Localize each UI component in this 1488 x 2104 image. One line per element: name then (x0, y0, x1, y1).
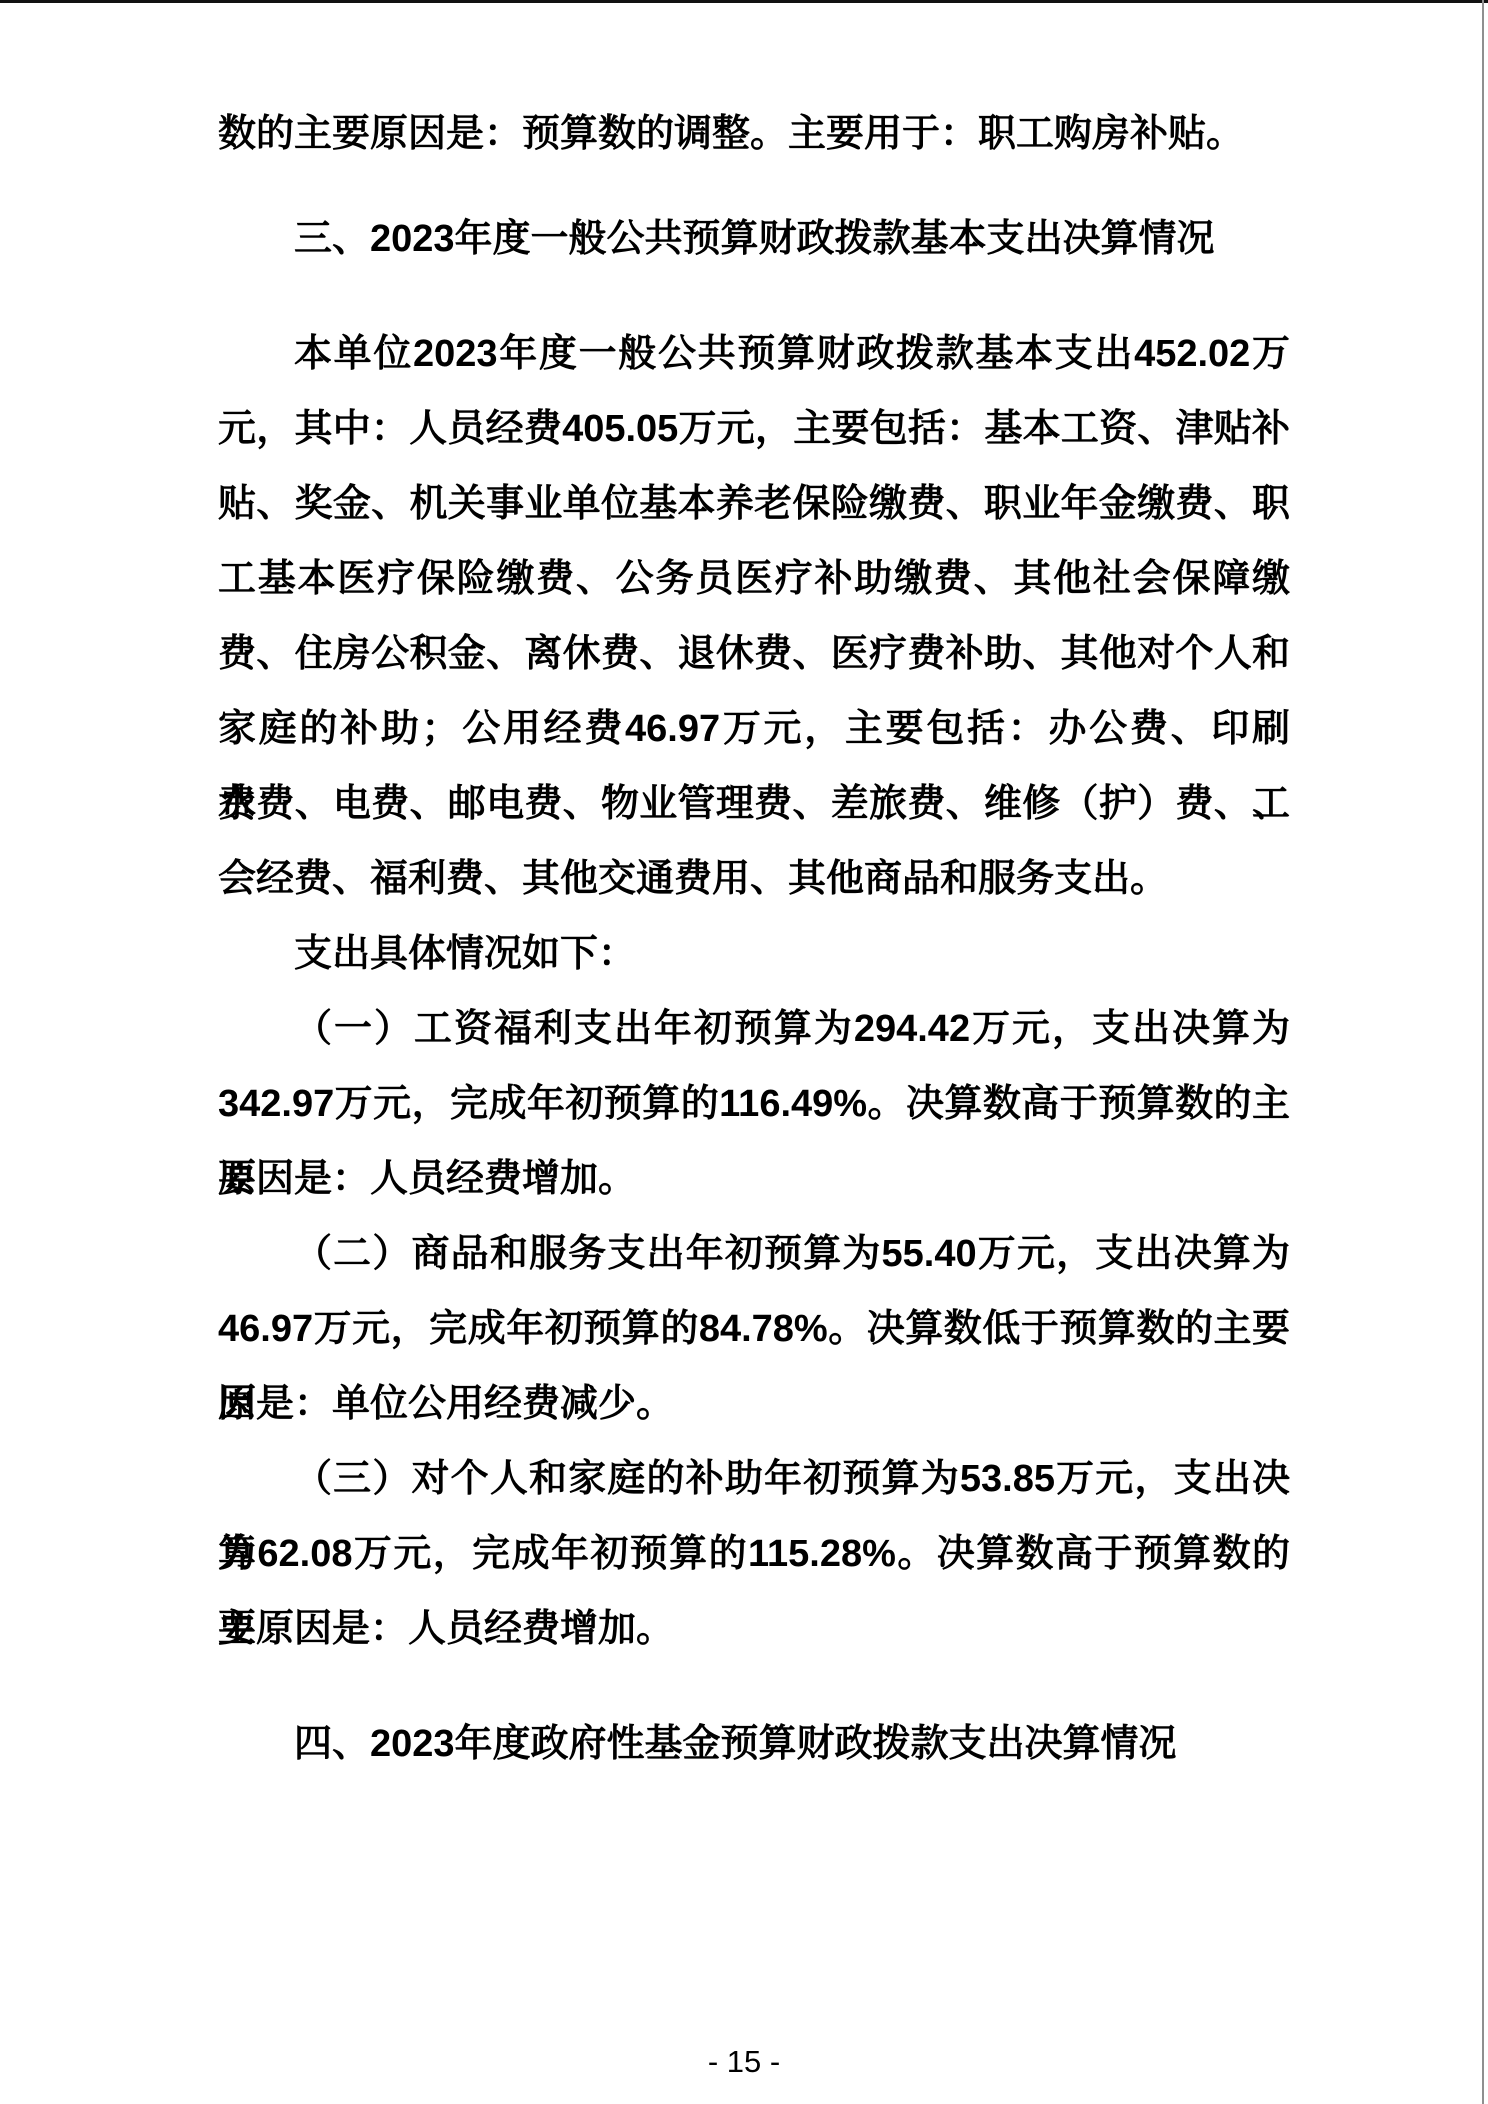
document-page: 数的主要原因是：预算数的调整。主要用于：职工购房补贴。 三、2023年度一般公共… (0, 0, 1488, 2104)
page-right-edge-line (1482, 0, 1484, 2104)
body-line: 水费、电费、邮电费、物业管理费、差旅费、维修（护）费、工 (218, 767, 1290, 842)
body-line: 贴、奖金、机关事业单位基本养老保险缴费、职业年金缴费、职 (218, 467, 1290, 542)
body-line: 本单位2023年度一般公共预算财政拨款基本支出452.02万 (218, 317, 1290, 392)
body-text-block: 本单位2023年度一般公共预算财政拨款基本支出452.02万 元，其中：人员经费… (218, 317, 1290, 1667)
body-line: （二）商品和服务支出年初预算为55.40万元，支出决算为 (218, 1217, 1290, 1292)
body-line: 因是：单位公用经费减少。 (218, 1367, 1290, 1442)
body-line: 支出具体情况如下： (218, 917, 1290, 992)
previous-paragraph-tail: 数的主要原因是：预算数的调整。主要用于：职工购房补贴。 (218, 97, 1290, 172)
body-line: 工基本医疗保险缴费、公务员医疗补助缴费、其他社会保障缴 (218, 542, 1290, 617)
body-line: 要原因是：人员经费增加。 (218, 1592, 1290, 1667)
body-line: 元，其中：人员经费405.05万元，主要包括：基本工资、津贴补 (218, 392, 1290, 467)
page-top-edge-line (0, 0, 1488, 3)
body-line: 家庭的补助；公用经费46.97万元，主要包括：办公费、印刷费、 (218, 692, 1290, 767)
body-line: （一）工资福利支出年初预算为294.42万元，支出决算为 (218, 992, 1290, 1067)
body-line: （三）对个人和家庭的补助年初预算为53.85万元，支出决算 (218, 1442, 1290, 1517)
body-line: 会经费、福利费、其他交通费用、其他商品和服务支出。 (218, 842, 1290, 917)
body-line: 为62.08万元，完成年初预算的115.28%。决算数高于预算数的主 (218, 1517, 1290, 1592)
body-line: 342.97万元，完成年初预算的116.49%。决算数高于预算数的主要 (218, 1067, 1290, 1142)
body-line: 原因是：人员经费增加。 (218, 1142, 1290, 1217)
body-line: 46.97万元，完成年初预算的84.78%。决算数低于预算数的主要原 (218, 1292, 1290, 1367)
body-line: 费、住房公积金、离休费、退休费、医疗费补助、其他对个人和 (218, 617, 1290, 692)
section-four-heading: 四、2023年度政府性基金预算财政拨款支出决算情况 (218, 1707, 1290, 1782)
page-number: - 15 - (0, 2042, 1488, 2082)
section-three-heading: 三、2023年度一般公共预算财政拨款基本支出决算情况 (218, 202, 1290, 277)
